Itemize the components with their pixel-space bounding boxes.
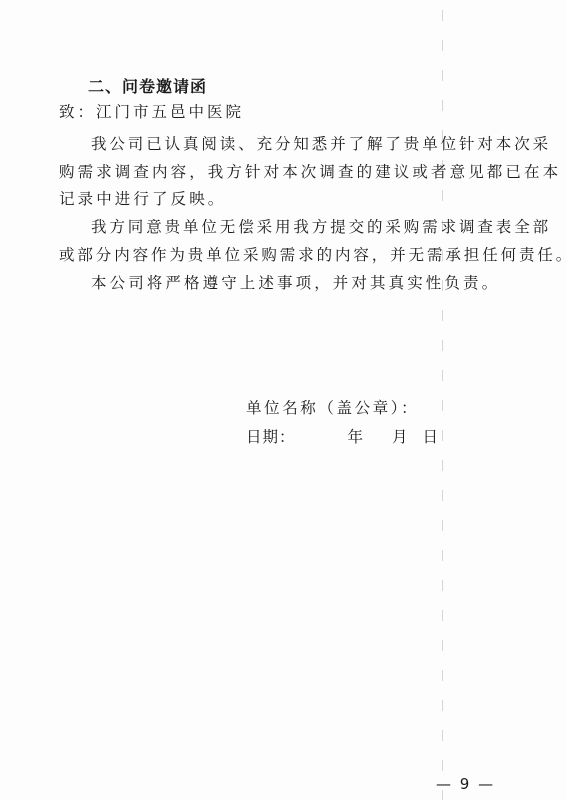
unit-name-label: 单位名称（盖公章）： xyxy=(246,398,419,418)
recipient-line: 致：江门市五邑中医院 xyxy=(59,102,244,122)
year-label: 年 xyxy=(348,428,365,446)
section-heading: 二、问卷邀请函 xyxy=(88,74,207,97)
binding-dashed-line xyxy=(442,10,443,800)
page-number: — 9 — xyxy=(436,775,495,793)
paragraph-line: 购需求调查内容，我方针对本次调查的建议或者意见都已在本 xyxy=(59,162,561,182)
paragraph-line: 或部分内容作为贵单位采购需求的内容，并无需承担任何责任。 xyxy=(59,245,567,265)
month-label: 月 xyxy=(392,428,409,446)
paragraph-line: 我方同意贵单位无偿采用我方提交的采购需求调查表全部 xyxy=(91,217,551,237)
paragraph-line: 记录中进行了反映。 xyxy=(59,189,226,209)
paragraph-line: 本公司将严格遵守上述事项，并对其真实性负责。 xyxy=(91,273,500,293)
paragraph-line: 我公司已认真阅读、充分知悉并了解了贵单位针对本次采 xyxy=(91,134,551,154)
day-label: 日 xyxy=(423,428,440,446)
date-line: 日期：年月日 xyxy=(246,427,439,447)
date-label: 日期： xyxy=(246,428,296,446)
document-page: 二、问卷邀请函 致：江门市五邑中医院 我公司已认真阅读、充分知悉并了解了贵单位针… xyxy=(0,0,567,800)
